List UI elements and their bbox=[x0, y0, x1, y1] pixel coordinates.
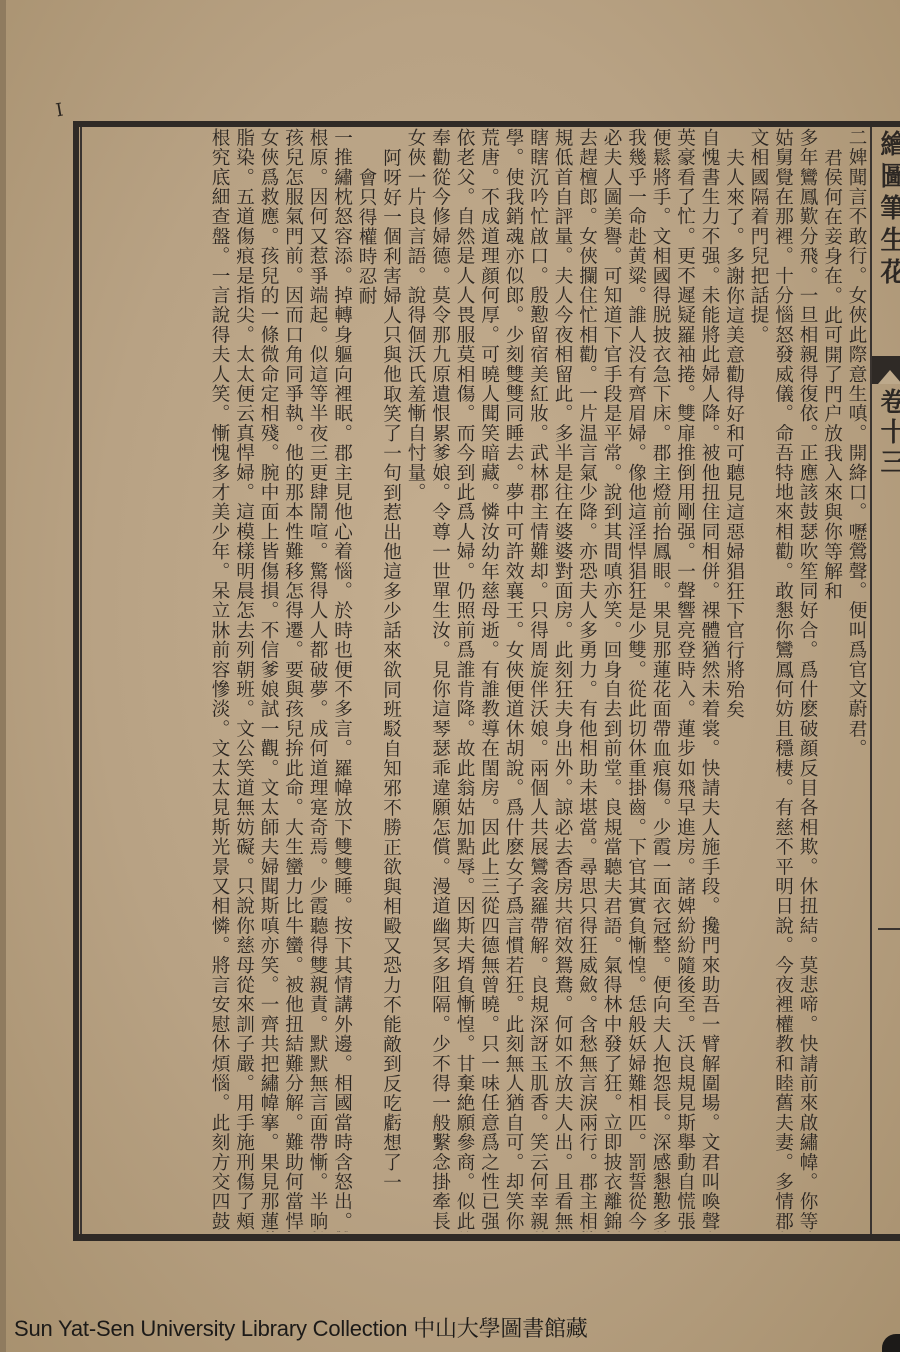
text-column: 女俠爲救應。孩兒的一條微命定相殘。腕中面上皆傷損。不信爹娘試一觀。文太師夫婦聞斯… bbox=[256, 128, 281, 1232]
collection-credit: Sun Yat-Sen University Library Collectio… bbox=[14, 1312, 588, 1343]
page-edge bbox=[0, 0, 6, 1352]
text-column: 會只得權時忍耐 bbox=[354, 128, 379, 1232]
text-column: 瞎瞎沉吟忙啟口。殷懃留宿美紅妝。武林郡主情難却。只得周旋伴沃娘。兩個人共展鸞衾羅… bbox=[525, 128, 550, 1232]
text-column: 孩兒怎服氣門前。因而口角同爭執。他的那本性難移怎得遷。要與孩兒拚此命。大生蠻力比… bbox=[280, 128, 305, 1232]
text-column: 我幾乎一命赴黄粱。誰人没有齊眉婦。像他這淫悍猖狂是少雙。從此切休重掛齒。下官其實… bbox=[623, 128, 648, 1232]
book-title: 繪圖筆生花 bbox=[876, 130, 900, 290]
text-column: 學。使我銷魂亦似郎。少刻雙雙同睡去。夢中可許效襄王。女俠便道休胡說。爲什麽女子爲… bbox=[501, 128, 526, 1232]
text-column: 姑舅覺在那裡。十分惱怒發威儀。命吾特地來相勸。敢懇你鸞鳳何妨且穩棲。有慈不平明日… bbox=[770, 128, 795, 1232]
text-column: 阿呀好一個利害婦人只與他取笑了一句到惹出他這多少話來欲同班駁自知邪不勝正欲與相毆… bbox=[378, 128, 403, 1232]
text-column: 女俠一片良言語。說得個沃氏羞慚自忖量。 bbox=[403, 128, 428, 1232]
text-column: 夫人來了。多謝你這美意勸得好和可聽見這惡婦猖狂下官行將殆矣 bbox=[721, 128, 746, 1232]
text-column: 根原。因何又惹爭端起。似這等半夜三更肆鬧喧。驚得人人都破夢。成何道理寔奇焉。少霞… bbox=[305, 128, 330, 1232]
text-column: 多年鸞鳳歎分飛。一旦相親得復依。正應該鼓瑟吹笙同好合。爲什麽破顔反目各相欺。休扭… bbox=[795, 128, 820, 1232]
text-column: 英豪看了忙。更不遲疑羅袖捲。雙扉推倒用剛强。一聲響亮登時入。蓮步如飛早進房。諸婢… bbox=[672, 128, 697, 1232]
text-column: 去趕檀郎。女俠攔住忙相勸。一片温言氣少降。亦恐夫人多勇力。有他相助未堪當。尋思只… bbox=[574, 128, 599, 1232]
fishtail-mark-icon bbox=[872, 356, 900, 384]
page-corner bbox=[882, 1334, 900, 1352]
text-column: 依老父。自然是人人畏服莫相傷。而今到此爲人婦。仍照前爲誰肯降。故此翁姑加點辱。因… bbox=[452, 128, 477, 1232]
text-column: 規低首自評量。夫人今夜相留此。多半是往在婆婆對面房。此刻狂夫身出外。諒必去香房共… bbox=[550, 128, 575, 1232]
text-column: 二婢聞言不敢行。女俠此際意生嗔。開絳口。嚦鶯聲。便叫爲官文蔚君。 bbox=[844, 128, 869, 1232]
text-column: 必夫人圖美譽。可知道下官手段是平常。說到其間嗔亦笑。回身自去到前堂。良規當聽夫君… bbox=[599, 128, 624, 1232]
text-column: 便鬆將手。文相國得脱披衣急下床。郡主燈前抬鳳眼。果見那蓮花面帶血痕傷。少霞一面衣… bbox=[648, 128, 673, 1232]
text-column: 奉勸從今修婦德。莫令那九原遺恨累爹娘。令尊一世單生汝。見你這琴瑟乖違願怎償。漫道… bbox=[427, 128, 452, 1232]
margin-tick bbox=[878, 928, 900, 930]
corner-mark: I bbox=[54, 100, 65, 122]
text-column: 脂染。五道傷痕是指尖。太太便云真悍婦。這模樣明晨怎去列朝班。文公笑道無妨礙。只說… bbox=[231, 128, 256, 1232]
text-column: 荒唐。不成道理顔何厚。可曉人聞笑暗藏。憐汝幼年慈母逝。有誰教導在閨房。因此上三從… bbox=[476, 128, 501, 1232]
margin-column-divider bbox=[870, 127, 872, 1234]
text-column: 君侯何在妾身在。此可開了門户放我入來與你等解和 bbox=[819, 128, 844, 1232]
text-column: 根究底細查盤。一言說得夫人笑。慚愧多才美少年。呆立牀前容慘淡。文太太見斯光景又相… bbox=[207, 128, 232, 1232]
text-column: 一推繡枕怒容添。掉轉身軀向裡眠。郡主見他心着惱。於時也便不多言。羅幃放下雙雙睡。… bbox=[329, 128, 354, 1232]
text-column: 自愧書生力不强。未能將此婦人降。被他扭住同相併。裸體猶然未着裳。快請夫人施手段。… bbox=[697, 128, 722, 1232]
scanned-page: I 繪圖筆生花 卷十三 二婢聞言不敢行。女俠此際意生嗔。開絳口。嚦鶯聲。便叫爲官… bbox=[0, 0, 900, 1352]
volume-label: 卷十三 bbox=[876, 388, 900, 478]
main-text-body: 二婢聞言不敢行。女俠此際意生嗔。開絳口。嚦鶯聲。便叫爲官文蔚君。君侯何在妾身在。… bbox=[84, 128, 868, 1232]
inner-border-line bbox=[80, 127, 82, 1234]
text-column: 文相國隔着門兒把話提。 bbox=[746, 128, 771, 1232]
